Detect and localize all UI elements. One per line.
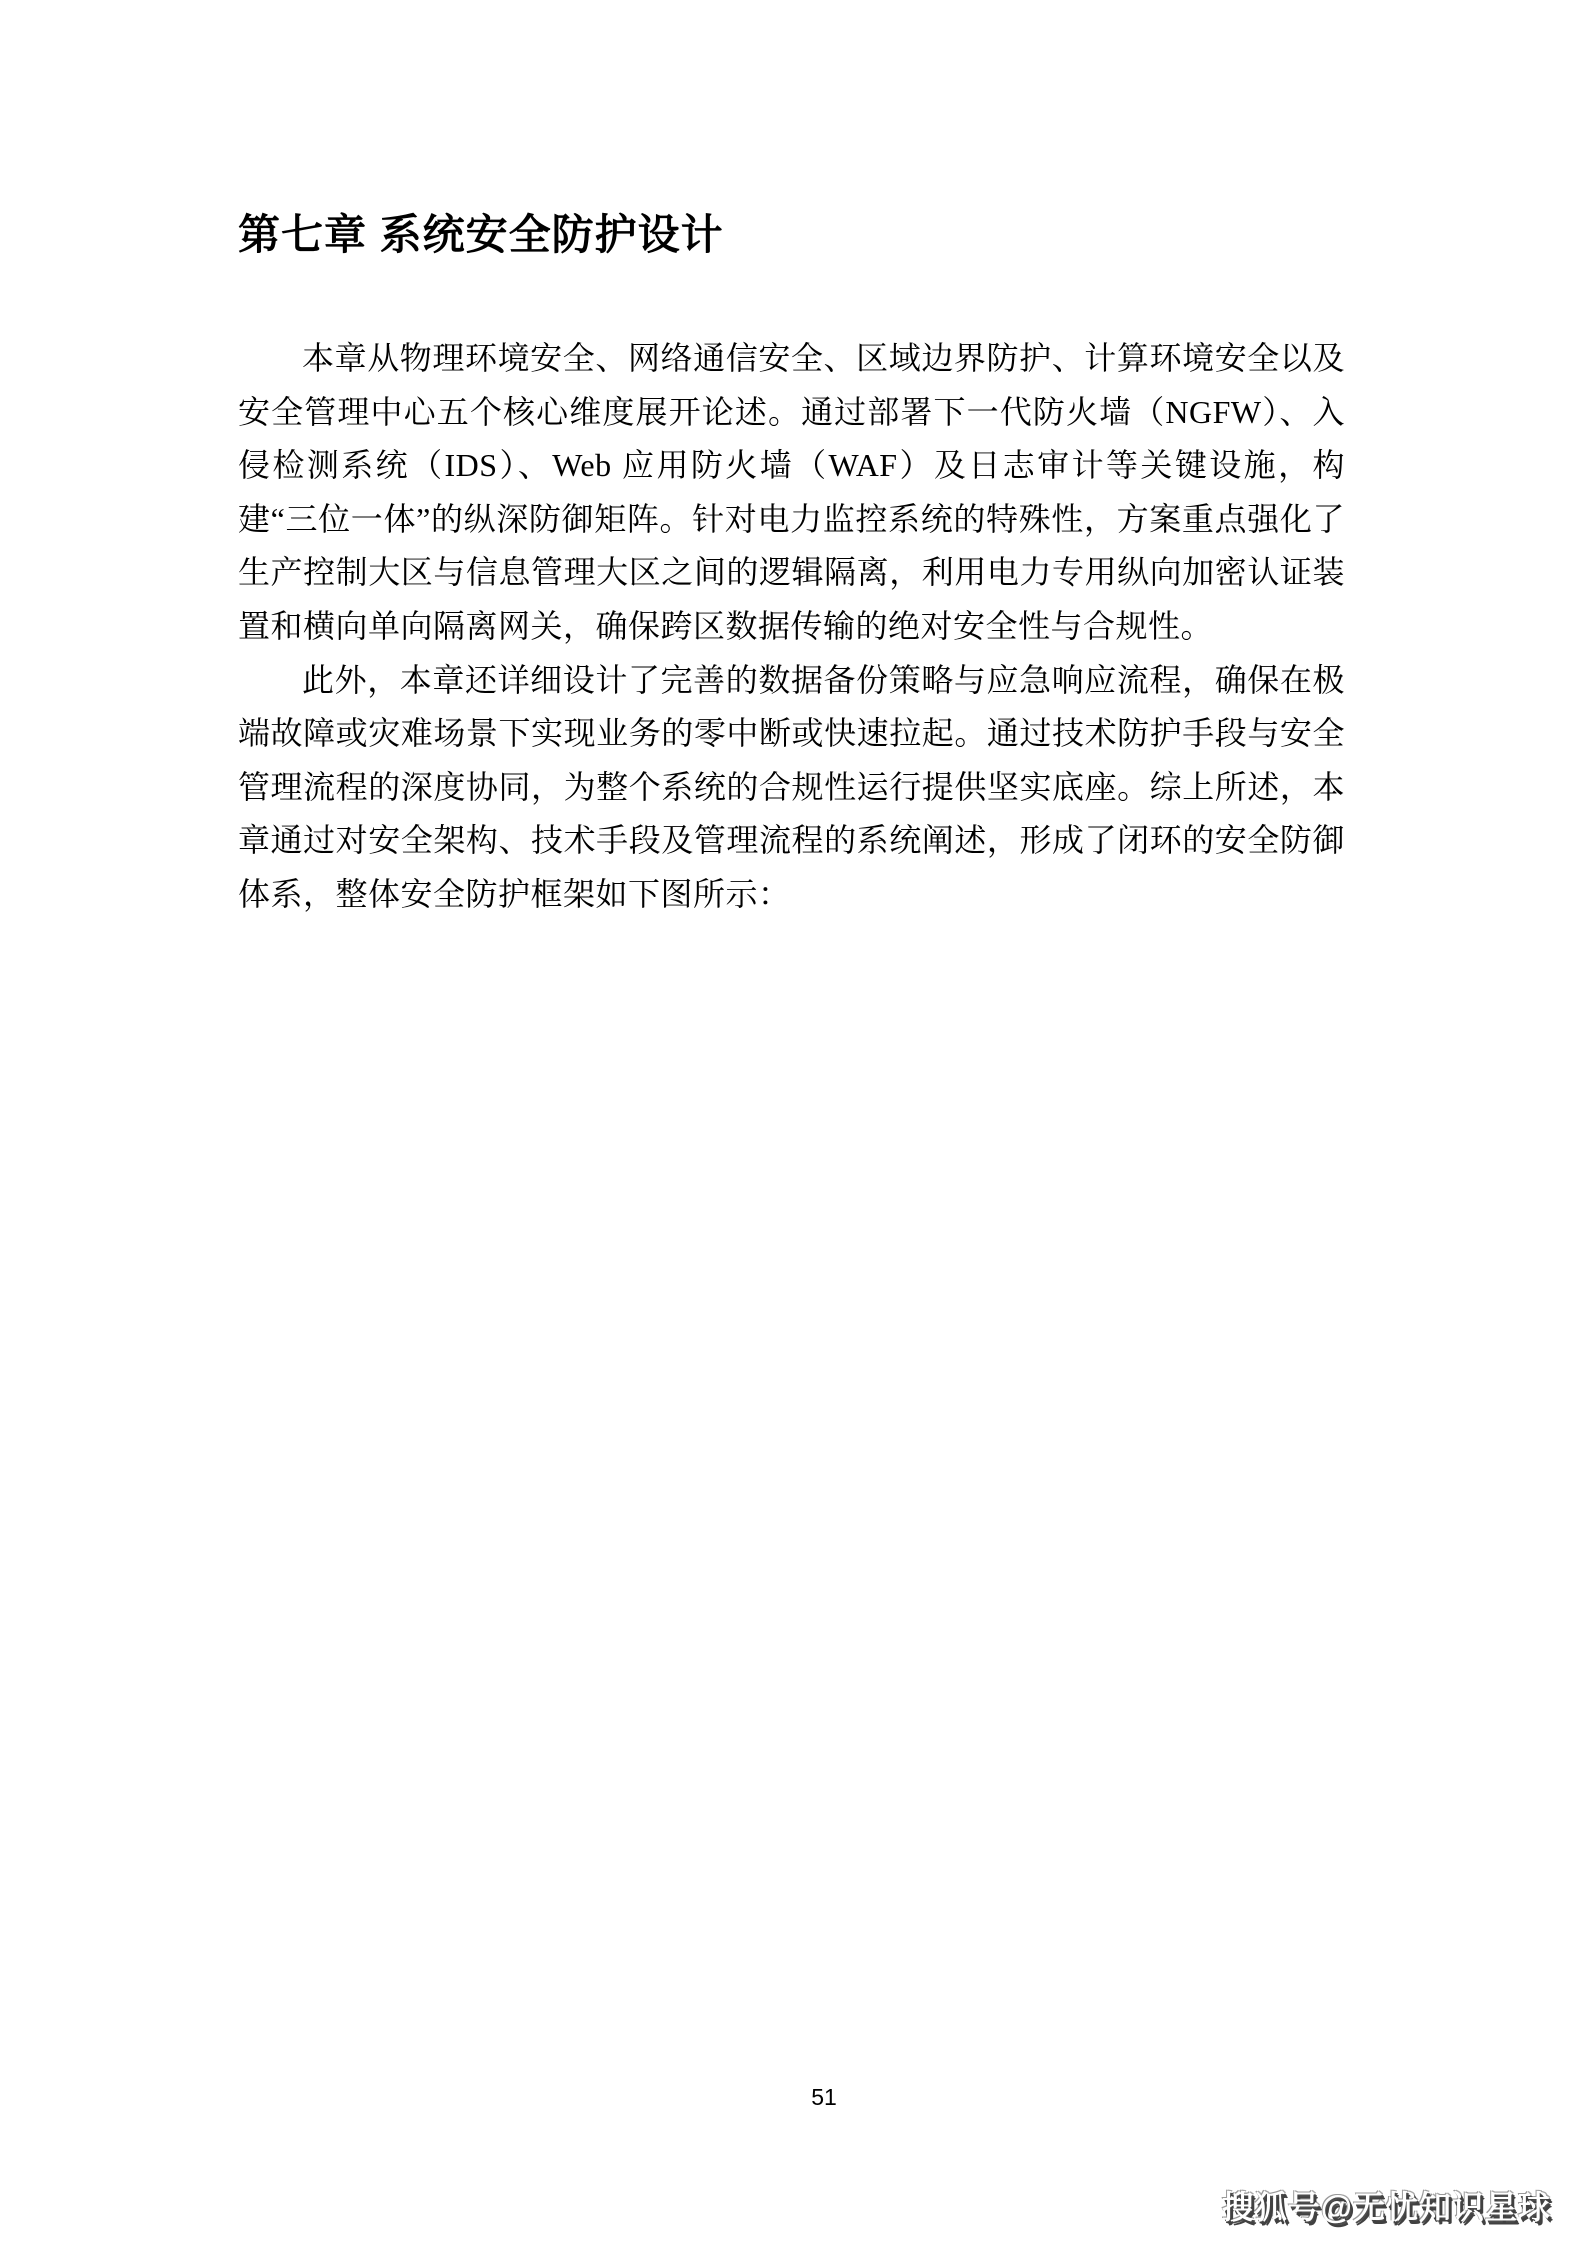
page-body: 第七章 系统安全防护设计 本章从物理环境安全、网络通信安全、区域边界防护、计算环…	[238, 205, 1345, 922]
paragraph-overview: 本章从物理环境安全、网络通信安全、区域边界防护、计算环境安全以及安全管理中心五个…	[238, 332, 1345, 654]
watermark-text: 搜狐号@无忧知识星球	[1222, 2188, 1551, 2226]
page-number: 51	[0, 2083, 1587, 2111]
document-page: 第七章 系统安全防护设计 本章从物理环境安全、网络通信安全、区域边界防护、计算环…	[0, 0, 1587, 2245]
paragraph-summary: 此外，本章还详细设计了完善的数据备份策略与应急响应流程，确保在极端故障或灾难场景…	[238, 654, 1345, 922]
chapter-heading: 第七章 系统安全防护设计	[238, 205, 1345, 264]
